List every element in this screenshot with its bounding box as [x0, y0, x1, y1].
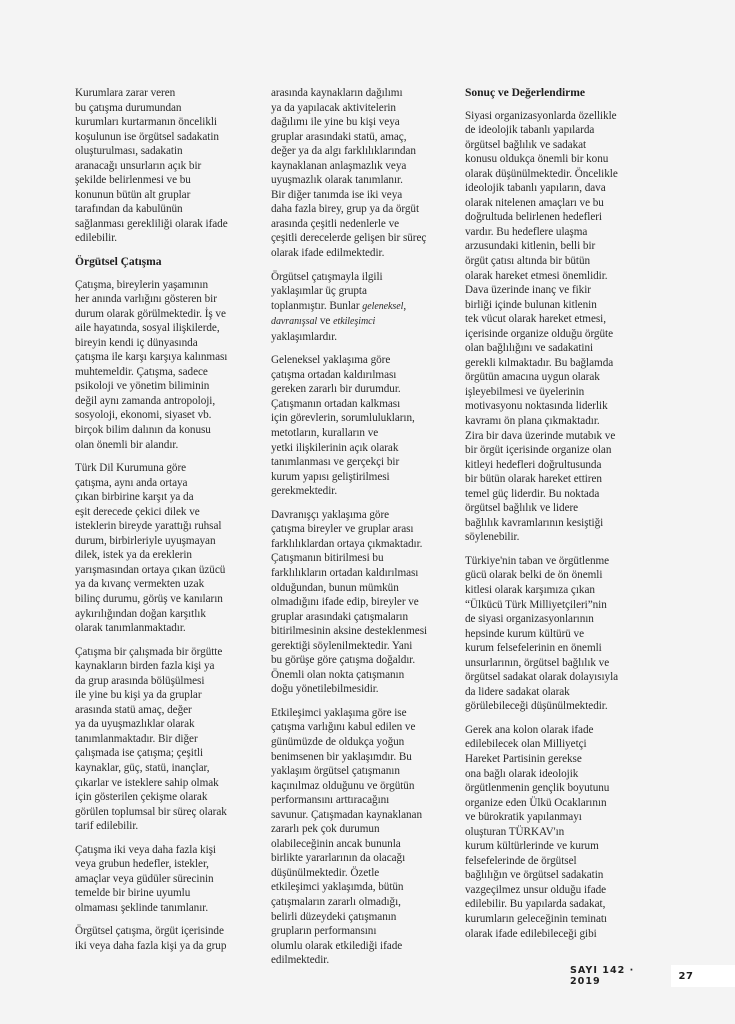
- paragraph: Türkiye'nin taban ve örgütlenme gücü ola…: [465, 554, 647, 714]
- paragraph: Çatışma bir çalışmada bir örgütte kaynak…: [75, 645, 257, 834]
- issue-label: SAYI 142 · 2019: [570, 965, 671, 987]
- italic-term-davranissal: davranışsal: [271, 316, 317, 327]
- column-3: Sonuç ve Değerlendirme Siyasi organizasy…: [465, 86, 647, 950]
- paragraph-approaches: Örgütsel çatışmayla ilgili yaklaşımlar ü…: [271, 270, 453, 345]
- section-heading-orgutsel-catisma: Örgütsel Çatışma: [75, 255, 257, 270]
- paragraph: Gerek ana kolon olarak ifade edilebilece…: [465, 723, 647, 941]
- paragraph: Etkileşimci yaklaşıma göre ise çatışma v…: [271, 706, 453, 968]
- paragraph: Geleneksel yaklaşıma göre çatışma ortada…: [271, 353, 453, 498]
- italic-term-etkilesimci: etkileşimci: [333, 316, 375, 327]
- paragraph: Örgütsel çatışma, örgüt içerisinde iki v…: [75, 924, 257, 953]
- paragraph: Çatışma iki veya daha fazla kişi veya gr…: [75, 843, 257, 916]
- italic-term-geleneksel: geleneksel: [362, 301, 403, 312]
- paragraph: Davranışçı yaklaşıma göre çatışma bireyl…: [271, 508, 453, 697]
- text-run: yaklaşımlardır.: [271, 331, 337, 343]
- text-run: ve: [317, 315, 333, 327]
- section-heading-sonuc: Sonuç ve Değerlendirme: [465, 86, 647, 101]
- page-footer: SAYI 142 · 2019 27: [570, 965, 735, 987]
- paragraph: Türk Dil Kurumuna göre çatışma, aynı and…: [75, 461, 257, 636]
- text-run: ,: [403, 300, 406, 312]
- page-number: 27: [671, 965, 735, 987]
- paragraph: Çatışma, bireylerin yaşamının her anında…: [75, 278, 257, 453]
- paragraph: Siyasi organizasyonlarda özellikle de id…: [465, 109, 647, 545]
- paragraph: Kurumlara zarar veren bu çatışma durumun…: [75, 86, 257, 246]
- paragraph: arasında kaynakların dağılımı ya da yapı…: [271, 86, 453, 261]
- magazine-page: Kurumlara zarar veren bu çatışma durumun…: [0, 0, 735, 1024]
- column-2: arasında kaynakların dağılımı ya da yapı…: [271, 86, 453, 977]
- column-1: Kurumlara zarar veren bu çatışma durumun…: [75, 86, 257, 963]
